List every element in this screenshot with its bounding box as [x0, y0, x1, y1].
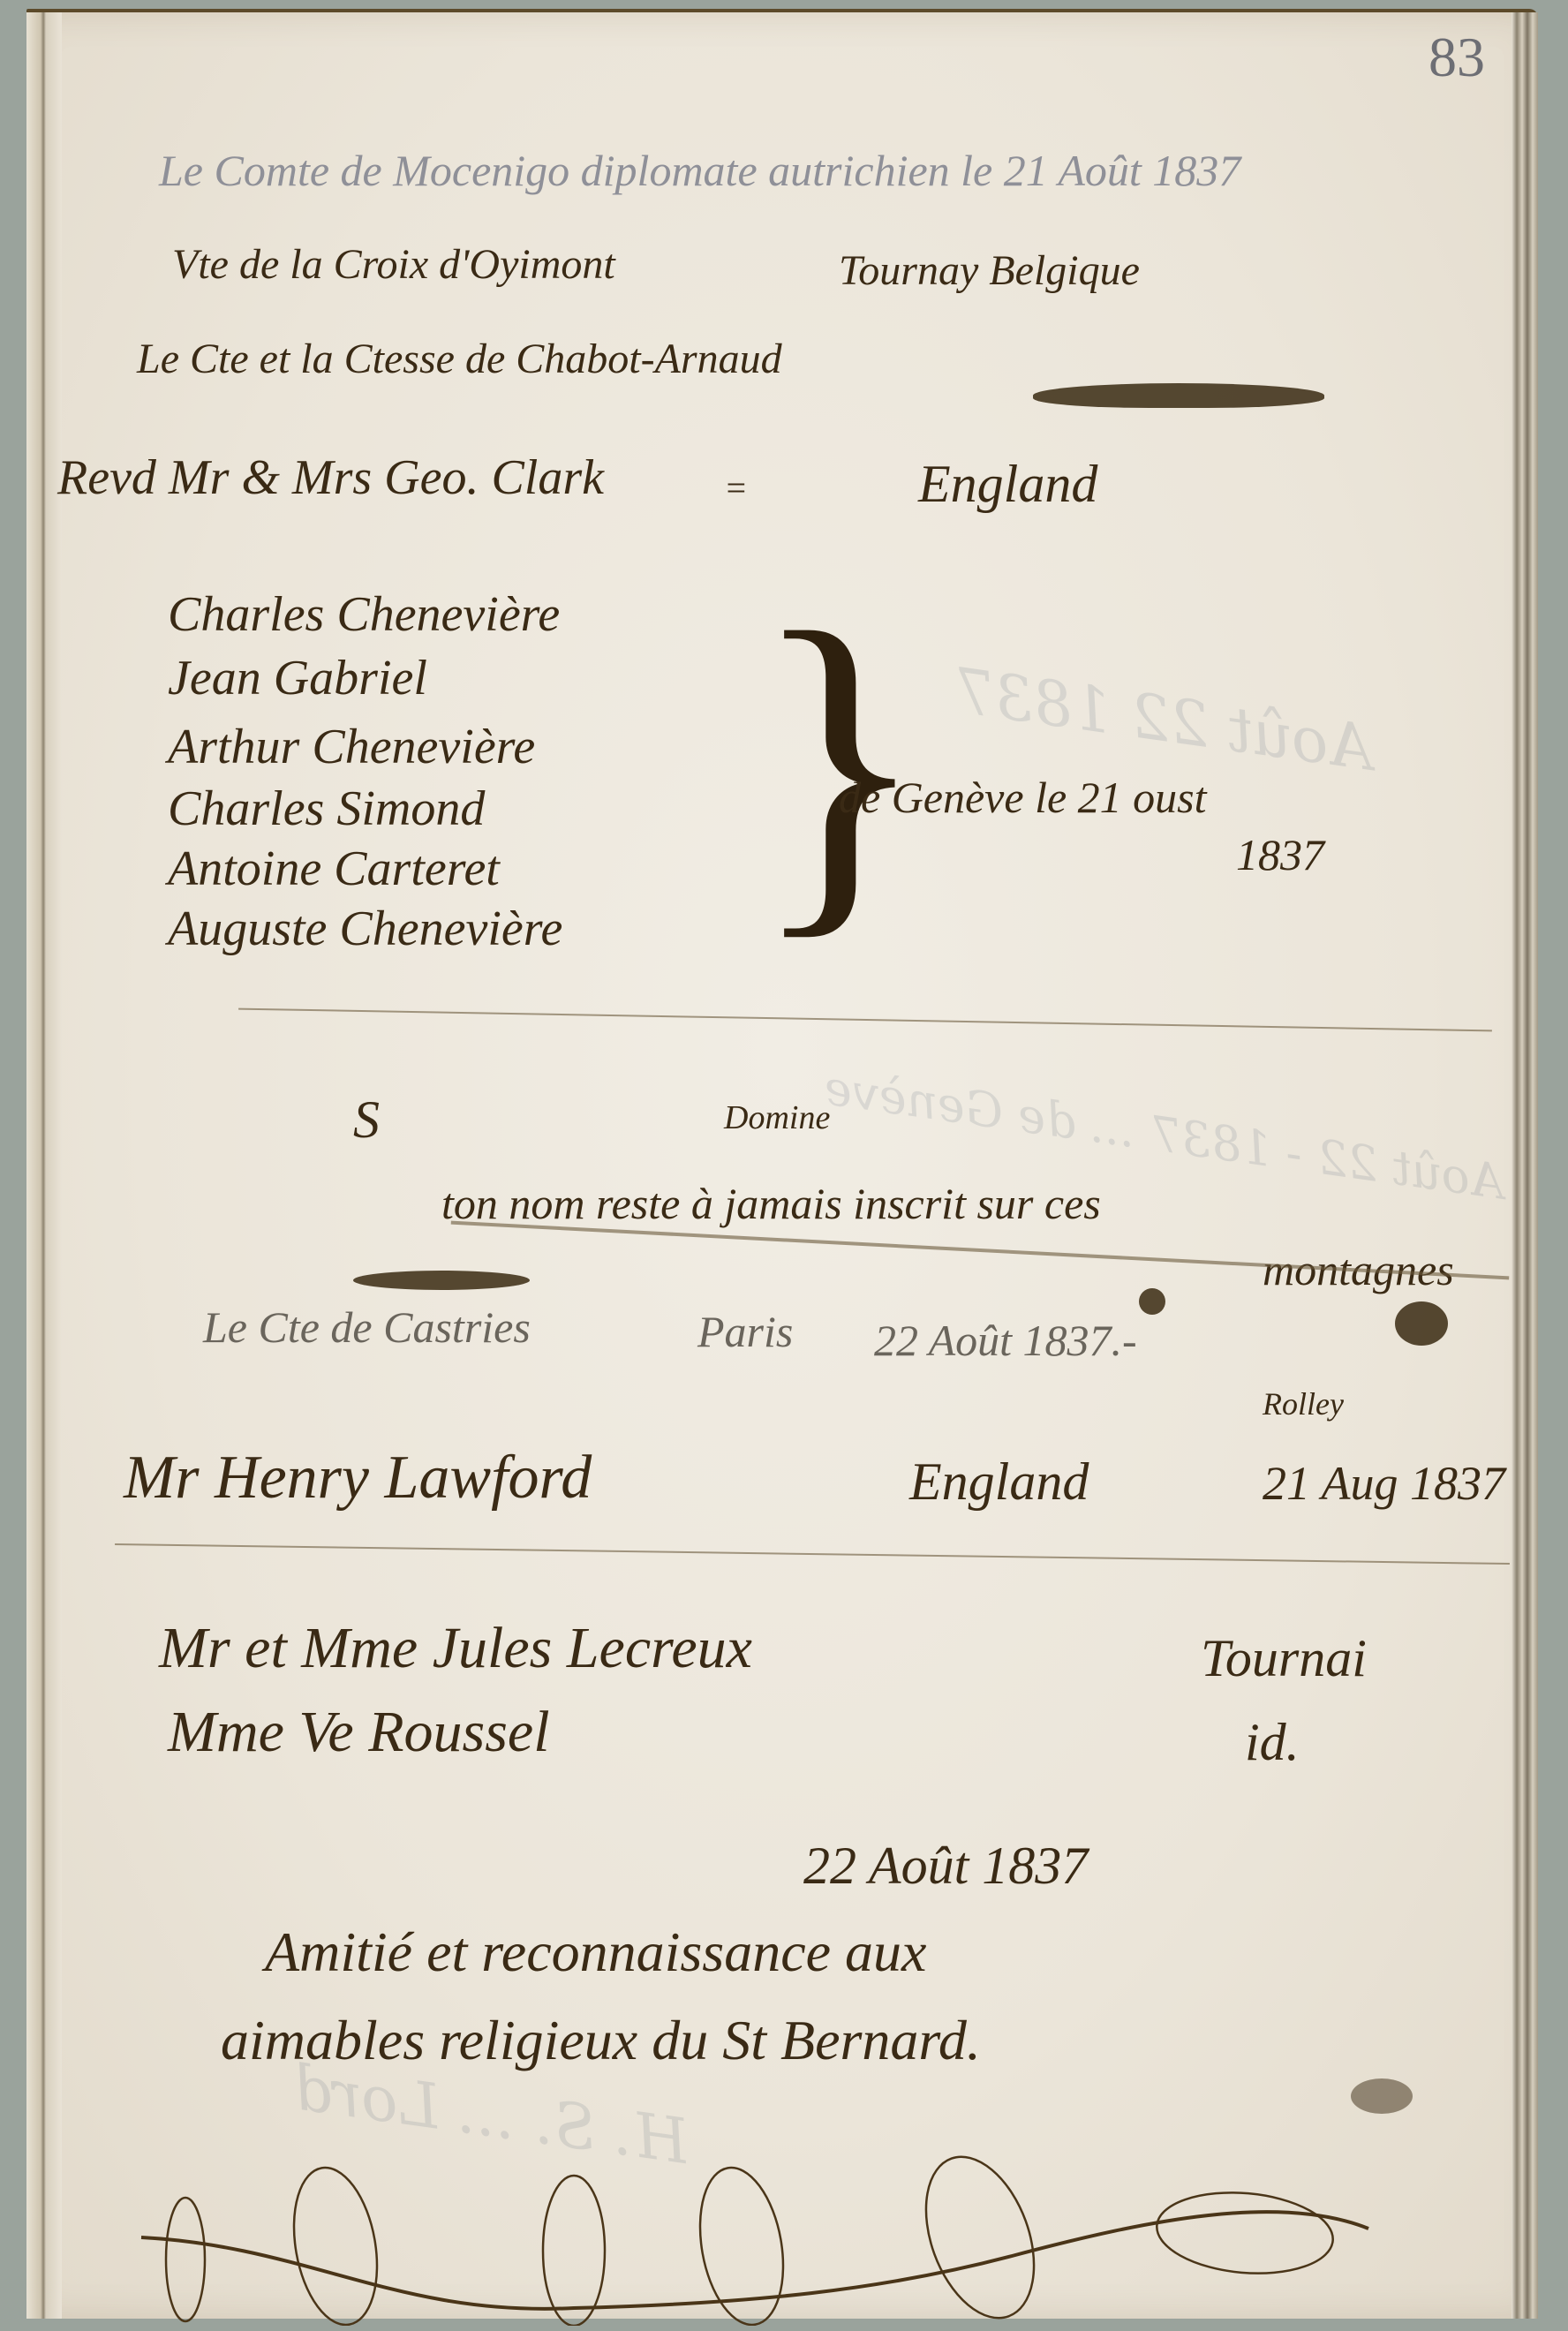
entry-castries-name: Le Cte de Castries	[203, 1301, 531, 1353]
dedication-line-1: Amitié et reconnaissance aux	[265, 1920, 926, 1985]
group-year: 1837	[1236, 829, 1324, 880]
ink-blot	[1395, 1301, 1448, 1346]
closing-flourish	[132, 2149, 1457, 2326]
group-name: Auguste Chenevière	[168, 901, 562, 957]
group-name: Charles Chenevière	[168, 586, 560, 643]
entry-lecreux-name: Mr et Mme Jules Lecreux	[159, 1615, 752, 1682]
group-name: Jean Gabriel	[168, 650, 427, 706]
entry-lawford-date: 21 Aug 1837	[1263, 1456, 1505, 1511]
manuscript-sheet: Août 22 1837 Août 22 - 1837 ... de Genèv…	[26, 9, 1538, 2319]
page-number: 83	[1429, 25, 1485, 90]
entry-roussel-place: id.	[1245, 1712, 1300, 1773]
entry-lawford-annotation: Rolley	[1263, 1385, 1344, 1422]
entry-castries-place: Paris	[697, 1306, 793, 1357]
entry-lawford-name: Mr Henry Lawford	[124, 1443, 592, 1513]
entry-lecreux-date: 22 Août 1837	[803, 1836, 1088, 1897]
bleed-through-text: Août 22 1837	[951, 654, 1378, 785]
ink-flourish-blot	[1033, 383, 1324, 408]
page-edges	[1511, 12, 1538, 2319]
binding-gutter	[26, 12, 62, 2319]
curly-brace: }	[750, 577, 929, 948]
entry-castries-date: 22 Août 1837.-	[874, 1315, 1137, 1366]
group-name: Arthur Chenevière	[168, 719, 535, 775]
group-place-date: de Genève le 21 oust	[839, 772, 1207, 823]
ink-blot	[353, 1271, 530, 1290]
entry-clark-name: Revd Mr & Mrs Geo. Clark	[57, 449, 604, 506]
entry-lecreux-place: Tournai	[1201, 1628, 1367, 1689]
divider-line	[238, 1008, 1492, 1032]
divider-line	[115, 1543, 1510, 1565]
group-name: Charles Simond	[168, 781, 485, 837]
motto-insertion: Domine	[724, 1098, 830, 1137]
entry-croix-place: Tournay Belgique	[839, 246, 1140, 295]
ink-stain	[1351, 2078, 1413, 2114]
motto-text: ton nom reste à jamais inscrit sur ces	[441, 1178, 1101, 1229]
entry-clark-place: England	[918, 454, 1097, 515]
ink-blot	[1139, 1288, 1165, 1315]
entry-roussel-name: Mme Ve Roussel	[168, 1699, 550, 1766]
entry-croix-name: Vte de la Croix d'Oyimont	[172, 240, 615, 289]
entry-lawford-place: England	[909, 1452, 1089, 1513]
entry-mocenigo: Le Comte de Mocenigo diplomate autrichie…	[159, 145, 1240, 196]
scanned-page: Août 22 1837 Août 22 - 1837 ... de Genèv…	[0, 0, 1568, 2331]
group-name: Antoine Carteret	[168, 841, 500, 897]
dedication-line-2: aimables religieux du St Bernard.	[221, 2008, 981, 2073]
entry-chabot-name: Le Cte et la Ctesse de Chabot-Arnaud	[137, 335, 782, 383]
motto-marker: S	[353, 1090, 380, 1150]
entry-clark-separator: =	[724, 467, 748, 509]
